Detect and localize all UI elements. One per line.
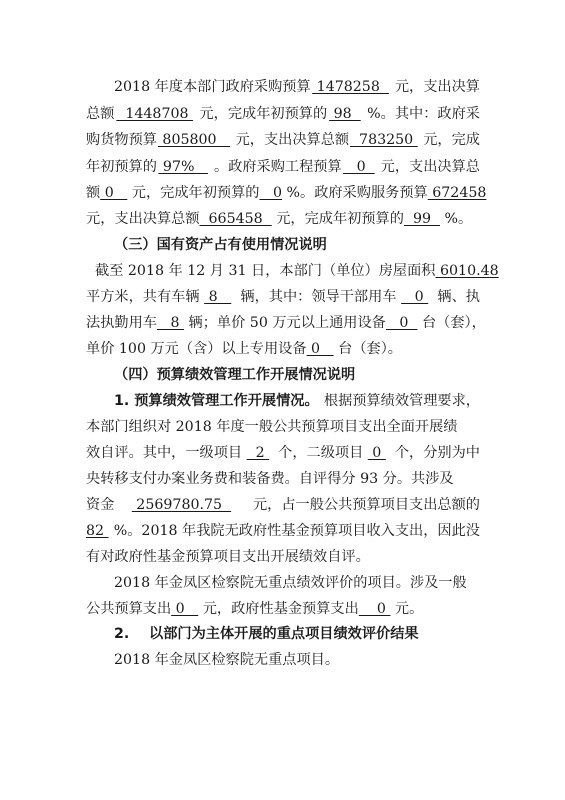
text-segment: 平方米，共有车辆	[86, 285, 200, 309]
filled-value: 8	[204, 285, 231, 309]
text-segment: 元，完成年初预算的	[127, 181, 259, 205]
text-segment: （四）预算绩效管理工作开展情况说明	[114, 363, 355, 387]
text-segment: 辆；单价 50 万元以上通用设备	[184, 311, 386, 335]
text-segment: %。	[440, 207, 472, 231]
text-segment: %。政府采购服务预算	[282, 181, 428, 205]
filled-value: 2569780.75	[132, 493, 231, 517]
paragraph-line: 购货物预算 805800 元，支出决算总额 783250 元，完成	[86, 128, 480, 152]
text-segment: 2018 年度本部门政府采购预算	[114, 75, 311, 99]
text-segment: 元，完成年初预算的	[195, 102, 327, 126]
filled-value: 0	[386, 311, 418, 335]
text-segment: 根据预算绩效管理要求，	[324, 389, 480, 413]
text-segment: 元，完成年初预算的	[272, 207, 404, 231]
filled-value: 6010.48	[435, 259, 498, 283]
paragraph-line: 有对政府性基金预算项目支出开展绩效自评。	[86, 545, 480, 569]
text-segment: （三）国有资产占有使用情况说明	[114, 233, 327, 257]
filled-value: 0	[100, 181, 127, 205]
paragraph-line: 82 %。2018 年我院无政府性基金预算项目收入支出，因此没	[86, 519, 480, 543]
document-page: 2018 年度本部门政府采购预算 1478258 元，支出决算总额 144870…	[0, 0, 565, 800]
section-heading: （三）国有资产占有使用情况说明	[114, 233, 480, 257]
text-segment: 元，占一般公共预算项目支出总额的	[248, 493, 480, 517]
text-segment: 台（套）。	[334, 337, 402, 361]
text-segment: 元，支出决算总额	[86, 207, 200, 231]
filled-value: 97%	[158, 155, 208, 179]
text-segment: 截至 2018 年 12 月 31 日，本部门（单位）房屋面积	[86, 259, 435, 283]
filled-value: 82	[86, 519, 109, 543]
text-segment: 有对政府性基金预算项目支出开展绩效自评。	[86, 545, 370, 569]
text-segment: %。其中：政府采	[363, 102, 480, 126]
paragraph-line: 元，支出决算总额 665458 元，完成年初预算的 99 %。	[86, 207, 480, 231]
text-segment: 元，支出决算总	[376, 155, 480, 179]
paragraph-line: 法执勤用车 8 辆；单价 50 万元以上通用设备 0 台（套），	[86, 311, 480, 335]
paragraph-line: 总额 1448708 元，完成年初预算的 98 %。其中：政府采	[86, 102, 480, 126]
filled-value: 1478258	[312, 75, 389, 99]
filled-value: 672458	[428, 181, 487, 205]
filled-value: 783250	[350, 128, 418, 152]
text-segment: 元，支出决算	[390, 75, 480, 99]
filled-value: 1448708	[116, 102, 193, 126]
paragraph-line: 年初预算的 97% 。政府采购工程预算 0 元，支出决算总	[86, 155, 480, 179]
paragraph-line: 公共预算支出 0 元，政府性基金预算支出 0 元。	[86, 597, 480, 621]
paragraph-line: 资金 2569780.75 元，占一般公共预算项目支出总额的	[86, 493, 480, 517]
paragraph-line: 2018 年度本部门政府采购预算 1478258 元，支出决算	[114, 75, 480, 99]
text-segment: 资金	[86, 493, 114, 517]
paragraph-line: 央转移支付办案业务费和装备费。自评得分 93 分。共涉及	[86, 467, 480, 491]
text-segment: %。2018 年我院无政府性基金预算项目收入支出，因此没	[114, 519, 480, 543]
text-segment: 辆，其中：领导干部用车	[236, 285, 397, 309]
text-segment: 年初预算的	[86, 155, 157, 179]
text-segment: 法执勤用车	[86, 311, 157, 335]
paragraph-line: 2018 年金凤区检察院无重点绩效评价的项目。涉及一般	[114, 571, 480, 595]
filled-value: 0	[307, 337, 334, 361]
paragraph-line: 平方米，共有车辆 8 辆，其中：领导干部用车 0 辆、执	[86, 285, 480, 309]
paragraph-line: 单价 100 万元（含）以上专用设备 0 台（套）。	[86, 337, 480, 361]
text-segment: 2018 年金凤区检察院无重点项目。	[114, 648, 339, 672]
text-segment: 元，完成	[419, 128, 480, 152]
filled-value: 0	[368, 441, 386, 465]
filled-value: 98	[329, 102, 361, 126]
filled-value: 0	[359, 597, 391, 621]
section-heading: （四）预算绩效管理工作开展情况说明	[114, 363, 480, 387]
paragraph-line: 2018 年金凤区检察院无重点项目。	[114, 648, 480, 672]
text-segment: 央转移支付办案业务费和装备费。自评得分 93 分。共涉及	[86, 467, 454, 491]
filled-value: 0	[401, 285, 428, 309]
text-segment: 元，政府性基金预算支出	[198, 597, 359, 621]
filled-value: 0	[343, 155, 375, 179]
filled-value: 0	[259, 181, 282, 205]
paragraph-line: 额 0 元，完成年初预算的 0 %。政府采购服务预算 672458	[86, 181, 480, 205]
filled-value: 2	[247, 441, 270, 465]
paragraph-line: 1. 预算绩效管理工作开展情况。根据预算绩效管理要求，	[114, 389, 480, 413]
text-segment: 台（套），	[417, 311, 485, 335]
paragraph-line: 本部门组织对 2018 年度一般公共预算项目支出全面开展绩	[86, 415, 480, 439]
text-segment: 元，支出决算总额	[231, 128, 349, 152]
text-segment: 个，分别为中	[390, 441, 480, 465]
bold-lead-text: 1. 预算绩效管理工作开展情况。	[114, 389, 319, 413]
text-segment: 总额	[86, 102, 114, 126]
text-segment: 2018 年金凤区检察院无重点绩效评价的项目。涉及一般	[114, 571, 467, 595]
filled-value: 665458	[200, 207, 272, 231]
text-segment: 效自评。其中，一级项目	[86, 441, 242, 465]
text-segment: 辆、执	[433, 285, 480, 309]
text-segment: 额	[86, 181, 100, 205]
text-segment: 个，二级项目	[274, 441, 364, 465]
paragraph-line: 截至 2018 年 12 月 31 日，本部门（单位）房屋面积 6010.48	[86, 259, 480, 283]
text-segment: 元。	[390, 597, 423, 621]
filled-value: 8	[157, 311, 184, 335]
filled-value: 99	[404, 207, 440, 231]
text-segment: 单价 100 万元（含）以上专用设备	[86, 337, 307, 361]
text-segment: 2. 以部门为主体开展的重点项目绩效评价结果	[114, 622, 419, 646]
paragraph-line: 效自评。其中，一级项目 2 个，二级项目 0 个，分别为中	[86, 441, 480, 465]
text-segment: 。政府采购工程预算	[209, 155, 341, 179]
filled-value: 0	[171, 597, 198, 621]
text-segment: 购货物预算	[86, 128, 157, 152]
section-heading: 2. 以部门为主体开展的重点项目绩效评价结果	[114, 622, 480, 646]
filled-value: 805800	[158, 128, 230, 152]
text-segment: 公共预算支出	[86, 597, 171, 621]
text-segment: 本部门组织对 2018 年度一般公共预算项目支出全面开展绩	[86, 415, 457, 439]
